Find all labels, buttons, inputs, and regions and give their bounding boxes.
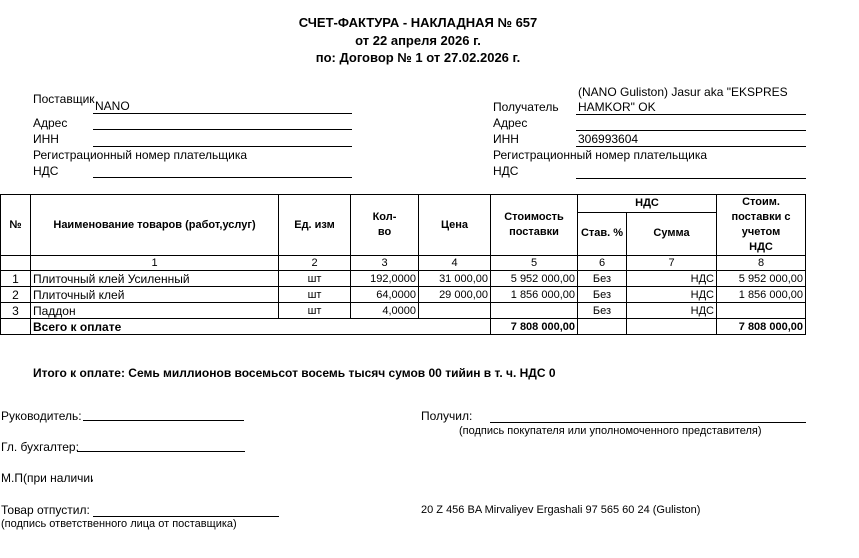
supplier-address-label: Адрес: [33, 116, 67, 130]
recipient-vat-line: [576, 178, 806, 179]
cell-qty: 192,0000: [351, 271, 419, 287]
recipient-name-line1: (NANO Guliston) Jasur aka "EKSPRES: [578, 85, 788, 99]
recipient-address-line: [576, 130, 806, 131]
cell-name: Плиточный клей Усиленный: [31, 271, 279, 287]
col-num-empty: [1, 256, 31, 271]
supplier-vat-line: [93, 177, 352, 178]
total-vat-sum-empty: [627, 319, 717, 335]
received-note: (подпись покупателя или уполномоченного …: [459, 425, 762, 437]
cell-total: 1 856 000,00: [717, 287, 806, 303]
recipient-inn-label: ИНН: [493, 132, 519, 146]
header-vat-sum: Сумма: [627, 212, 717, 255]
recipient-address-label: Адрес: [493, 116, 527, 130]
header-total-with-vat: Стоим. поставки с учетом НДС: [717, 195, 806, 256]
recipient-reg-label: Регистрационный номер плательщика: [493, 148, 707, 162]
col-num: 4: [419, 256, 491, 271]
invoice-date: от 22 апреля 2026 г.: [0, 33, 836, 48]
invoice-table: № Наименование товаров (работ,услуг) Ед.…: [0, 194, 806, 335]
supplier-inn-line: [93, 146, 352, 147]
recipient-name-line2: HAMKOR" OK: [578, 100, 656, 114]
total-vat-rate-empty: [578, 319, 627, 335]
invoice-contract: по: Договор № 1 от 27.02.2026 г.: [0, 50, 836, 65]
supplier-vat-label: НДС: [33, 164, 58, 178]
director-label: Руководитель:: [1, 409, 82, 423]
cell-no: 3: [1, 303, 31, 319]
col-num: 7: [627, 256, 717, 271]
cell-vat-sum: НДС: [627, 271, 717, 287]
cell-unit: шт: [279, 271, 351, 287]
col-num: 6: [578, 256, 627, 271]
table-total-row: Всего к оплате 7 808 000,00 7 808 000,00: [1, 319, 806, 335]
col-num: 5: [491, 256, 578, 271]
col-num: 3: [351, 256, 419, 271]
header-unit: Ед. изм: [279, 195, 351, 256]
col-num: 8: [717, 256, 806, 271]
total-cost: 7 808 000,00: [491, 319, 578, 335]
cell-name: Паддон: [31, 303, 279, 319]
recipient-inn-line: [576, 146, 806, 147]
supplier-reg-label: Регистрационный номер плательщика: [33, 148, 247, 162]
column-numbers-row: 1 2 3 4 5 6 7 8: [1, 256, 806, 271]
total-empty: [1, 319, 31, 335]
invoice-title: СЧЕТ-ФАКТУРА - НАКЛАДНАЯ № 657: [0, 15, 836, 30]
header-name: Наименование товаров (работ,услуг): [31, 195, 279, 256]
cell-vat-rate: Без: [578, 287, 627, 303]
driver-info: 20 Z 456 BA Mirvaliyev Ergashali 97 565 …: [421, 504, 700, 516]
received-label: Получил:: [421, 409, 472, 423]
supplier-address-line: [93, 129, 352, 130]
cell-no: 1: [1, 271, 31, 287]
header-cost: Стоимость поставки: [491, 195, 578, 256]
cell-cost: [491, 303, 578, 319]
total-in-words: Итого к оплате: Семь миллионов восемьсот…: [33, 366, 556, 380]
header-qty: Кол-во: [351, 195, 419, 256]
supplier-name: NANO: [95, 99, 130, 113]
header-no: №: [1, 195, 31, 256]
col-num: 1: [31, 256, 279, 271]
cell-total: 5 952 000,00: [717, 271, 806, 287]
supplier-label: Поставщик: [33, 92, 95, 106]
total-label: Всего к оплате: [31, 319, 491, 335]
header-price: Цена: [419, 195, 491, 256]
released-label: Товар отпустил:: [1, 503, 90, 517]
table-row: 2 Плиточный клей шт 64,0000 29 000,00 1 …: [1, 287, 806, 303]
released-note: (подпись ответственного лица от поставщи…: [1, 518, 237, 530]
cell-qty: 64,0000: [351, 287, 419, 303]
cell-price: 29 000,00: [419, 287, 491, 303]
cell-vat-sum: НДС: [627, 303, 717, 319]
cell-price: 31 000,00: [419, 271, 491, 287]
cell-vat-rate: Без: [578, 271, 627, 287]
recipient-vat-label: НДС: [493, 164, 518, 178]
table-row: 3 Паддон шт 4,0000 Без НДС: [1, 303, 806, 319]
accountant-signature-line: [77, 451, 245, 452]
table-row: 1 Плиточный клей Усиленный шт 192,0000 3…: [1, 271, 806, 287]
recipient-label: Получатель: [493, 100, 559, 114]
supplier-name-line: [93, 113, 352, 114]
total-with-vat: 7 808 000,00: [717, 319, 806, 335]
cell-price: [419, 303, 491, 319]
cell-unit: шт: [279, 303, 351, 319]
cell-cost: 1 856 000,00: [491, 287, 578, 303]
header-vat-rate: Став. %: [578, 212, 627, 255]
accountant-label: Гл. бухгалтер:: [1, 440, 79, 454]
director-signature-line: [83, 420, 244, 421]
col-num: 2: [279, 256, 351, 271]
recipient-inn: 306993604: [578, 132, 638, 146]
cell-name: Плиточный клей: [31, 287, 279, 303]
cell-vat-sum: НДС: [627, 287, 717, 303]
received-signature-line: [490, 422, 806, 423]
cell-vat-rate: Без: [578, 303, 627, 319]
cell-unit: шт: [279, 287, 351, 303]
header-vat-group: НДС: [578, 195, 717, 213]
stamp-label: М.П(при наличии: [1, 471, 93, 485]
table-header-row: № Наименование товаров (работ,услуг) Ед.…: [1, 195, 806, 213]
cell-no: 2: [1, 287, 31, 303]
cell-total: [717, 303, 806, 319]
cell-cost: 5 952 000,00: [491, 271, 578, 287]
supplier-inn-label: ИНН: [33, 132, 59, 146]
cell-qty: 4,0000: [351, 303, 419, 319]
released-signature-line: [93, 516, 279, 517]
recipient-name-line: [576, 114, 806, 115]
